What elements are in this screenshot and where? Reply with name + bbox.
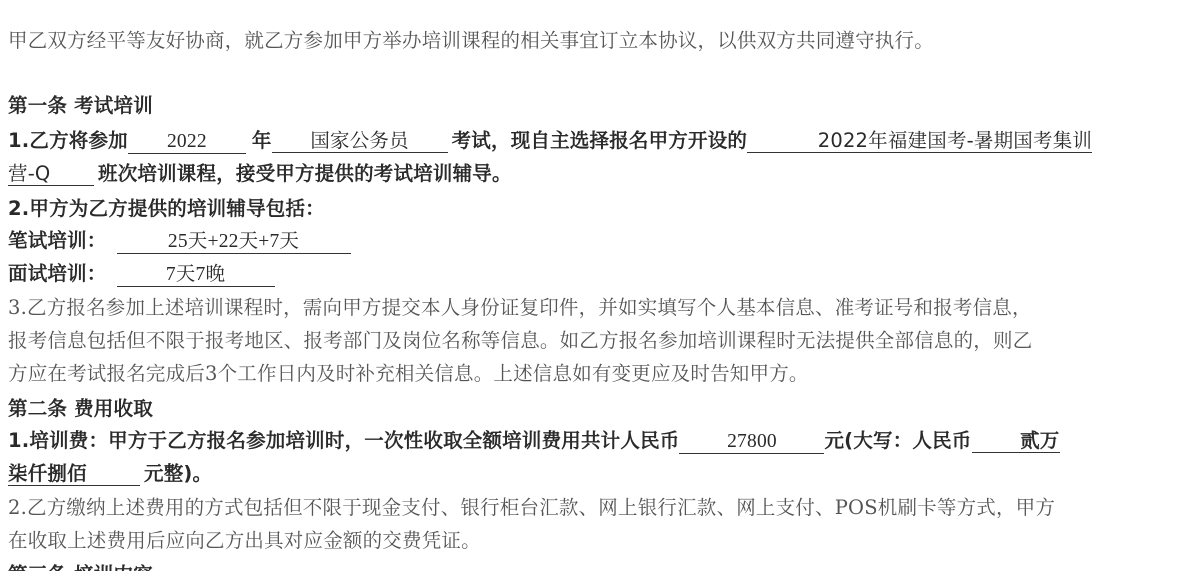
written-training-label: 笔试培训：: [8, 229, 107, 252]
course-name-field-line-1: 2022年福建国考-暑期国考集训: [747, 130, 1092, 153]
written-training-row: 笔试培训：25天+22天+7天: [8, 229, 351, 254]
article-2-clause-1-line-1: 1.培训费：甲方于乙方报名参加培训时，一次性收取全额培训费用共计人民币27800…: [8, 429, 1060, 454]
clause-suffix: 班次培训课程，接受甲方提供的考试培训辅导。: [98, 162, 512, 185]
year-suffix: 年: [252, 129, 272, 152]
fee-amount-words-line-1: 贰万: [972, 430, 1060, 453]
article-2-clause-2-line-1: 2.乙方缴纳上述费用的方式包括但不限于现金支付、银行柜台汇款、网上银行汇款、网上…: [8, 496, 1055, 520]
interview-training-label: 面试培训：: [8, 262, 107, 285]
article-1-clause-2: 2.甲方为乙方提供的培训辅导包括：: [8, 197, 325, 221]
written-training-value: 25天+22天+7天: [117, 231, 351, 254]
clause-prefix: 1.乙方将参加: [8, 129, 128, 152]
fee-mid-text: 元(大写：人民币: [824, 429, 971, 452]
clause-mid-text: 考试，现自主选择报名甲方开设的: [452, 129, 748, 152]
article-3-heading-partial: 第三条 培训内容: [8, 563, 153, 571]
exam-type-field: 国家公务员: [272, 130, 448, 153]
article-2-clause-1-line-2: 柒仟捌佰元整)。: [8, 462, 212, 486]
article-1-clause-1-line-1: 1.乙方将参加2022年国家公务员考试，现自主选择报名甲方开设的2022年福建国…: [8, 129, 1092, 154]
article-1-clause-3-line-3: 方应在考试报名完成后3个工作日内及时补充相关信息。上述信息如有变更应及时告知甲方…: [8, 362, 809, 386]
exam-year-field: 2022: [128, 131, 246, 154]
article-2-heading: 第二条 费用收取: [8, 397, 153, 421]
fee-amount-words-line-2: 柒仟捌佰: [8, 463, 140, 486]
intro-paragraph: 甲乙双方经平等友好协商，就乙方参加甲方举办培训课程的相关事宜订立本协议，以供双方…: [8, 29, 934, 53]
article-1-clause-3-line-1: 3.乙方报名参加上述培训课程时，需向甲方提交本人身份证复印件，并如实填写个人基本…: [8, 296, 1032, 320]
course-name-field-line-2: 营-Q: [8, 163, 94, 186]
interview-training-value: 7天7晚: [117, 264, 275, 287]
fee-clause-suffix: 元整)。: [144, 462, 212, 485]
article-1-clause-1-line-2: 营-Q班次培训课程，接受甲方提供的考试培训辅导。: [8, 162, 512, 186]
fee-clause-prefix: 1.培训费：甲方于乙方报名参加培训时，一次性收取全额培训费用共计人民币: [8, 429, 679, 452]
fee-amount-field: 27800: [679, 431, 824, 454]
article-1-clause-3-line-2: 报考信息包括但不限于报考地区、报考部门及岗位名称等信息。如乙方报名参加培训课程时…: [8, 329, 1032, 353]
interview-training-row: 面试培训：7天7晚: [8, 262, 275, 287]
article-1-heading: 第一条 考试培训: [8, 94, 153, 118]
article-2-clause-2-line-2: 在收取上述费用后应向乙方出具对应金额的交费凭证。: [8, 529, 481, 553]
